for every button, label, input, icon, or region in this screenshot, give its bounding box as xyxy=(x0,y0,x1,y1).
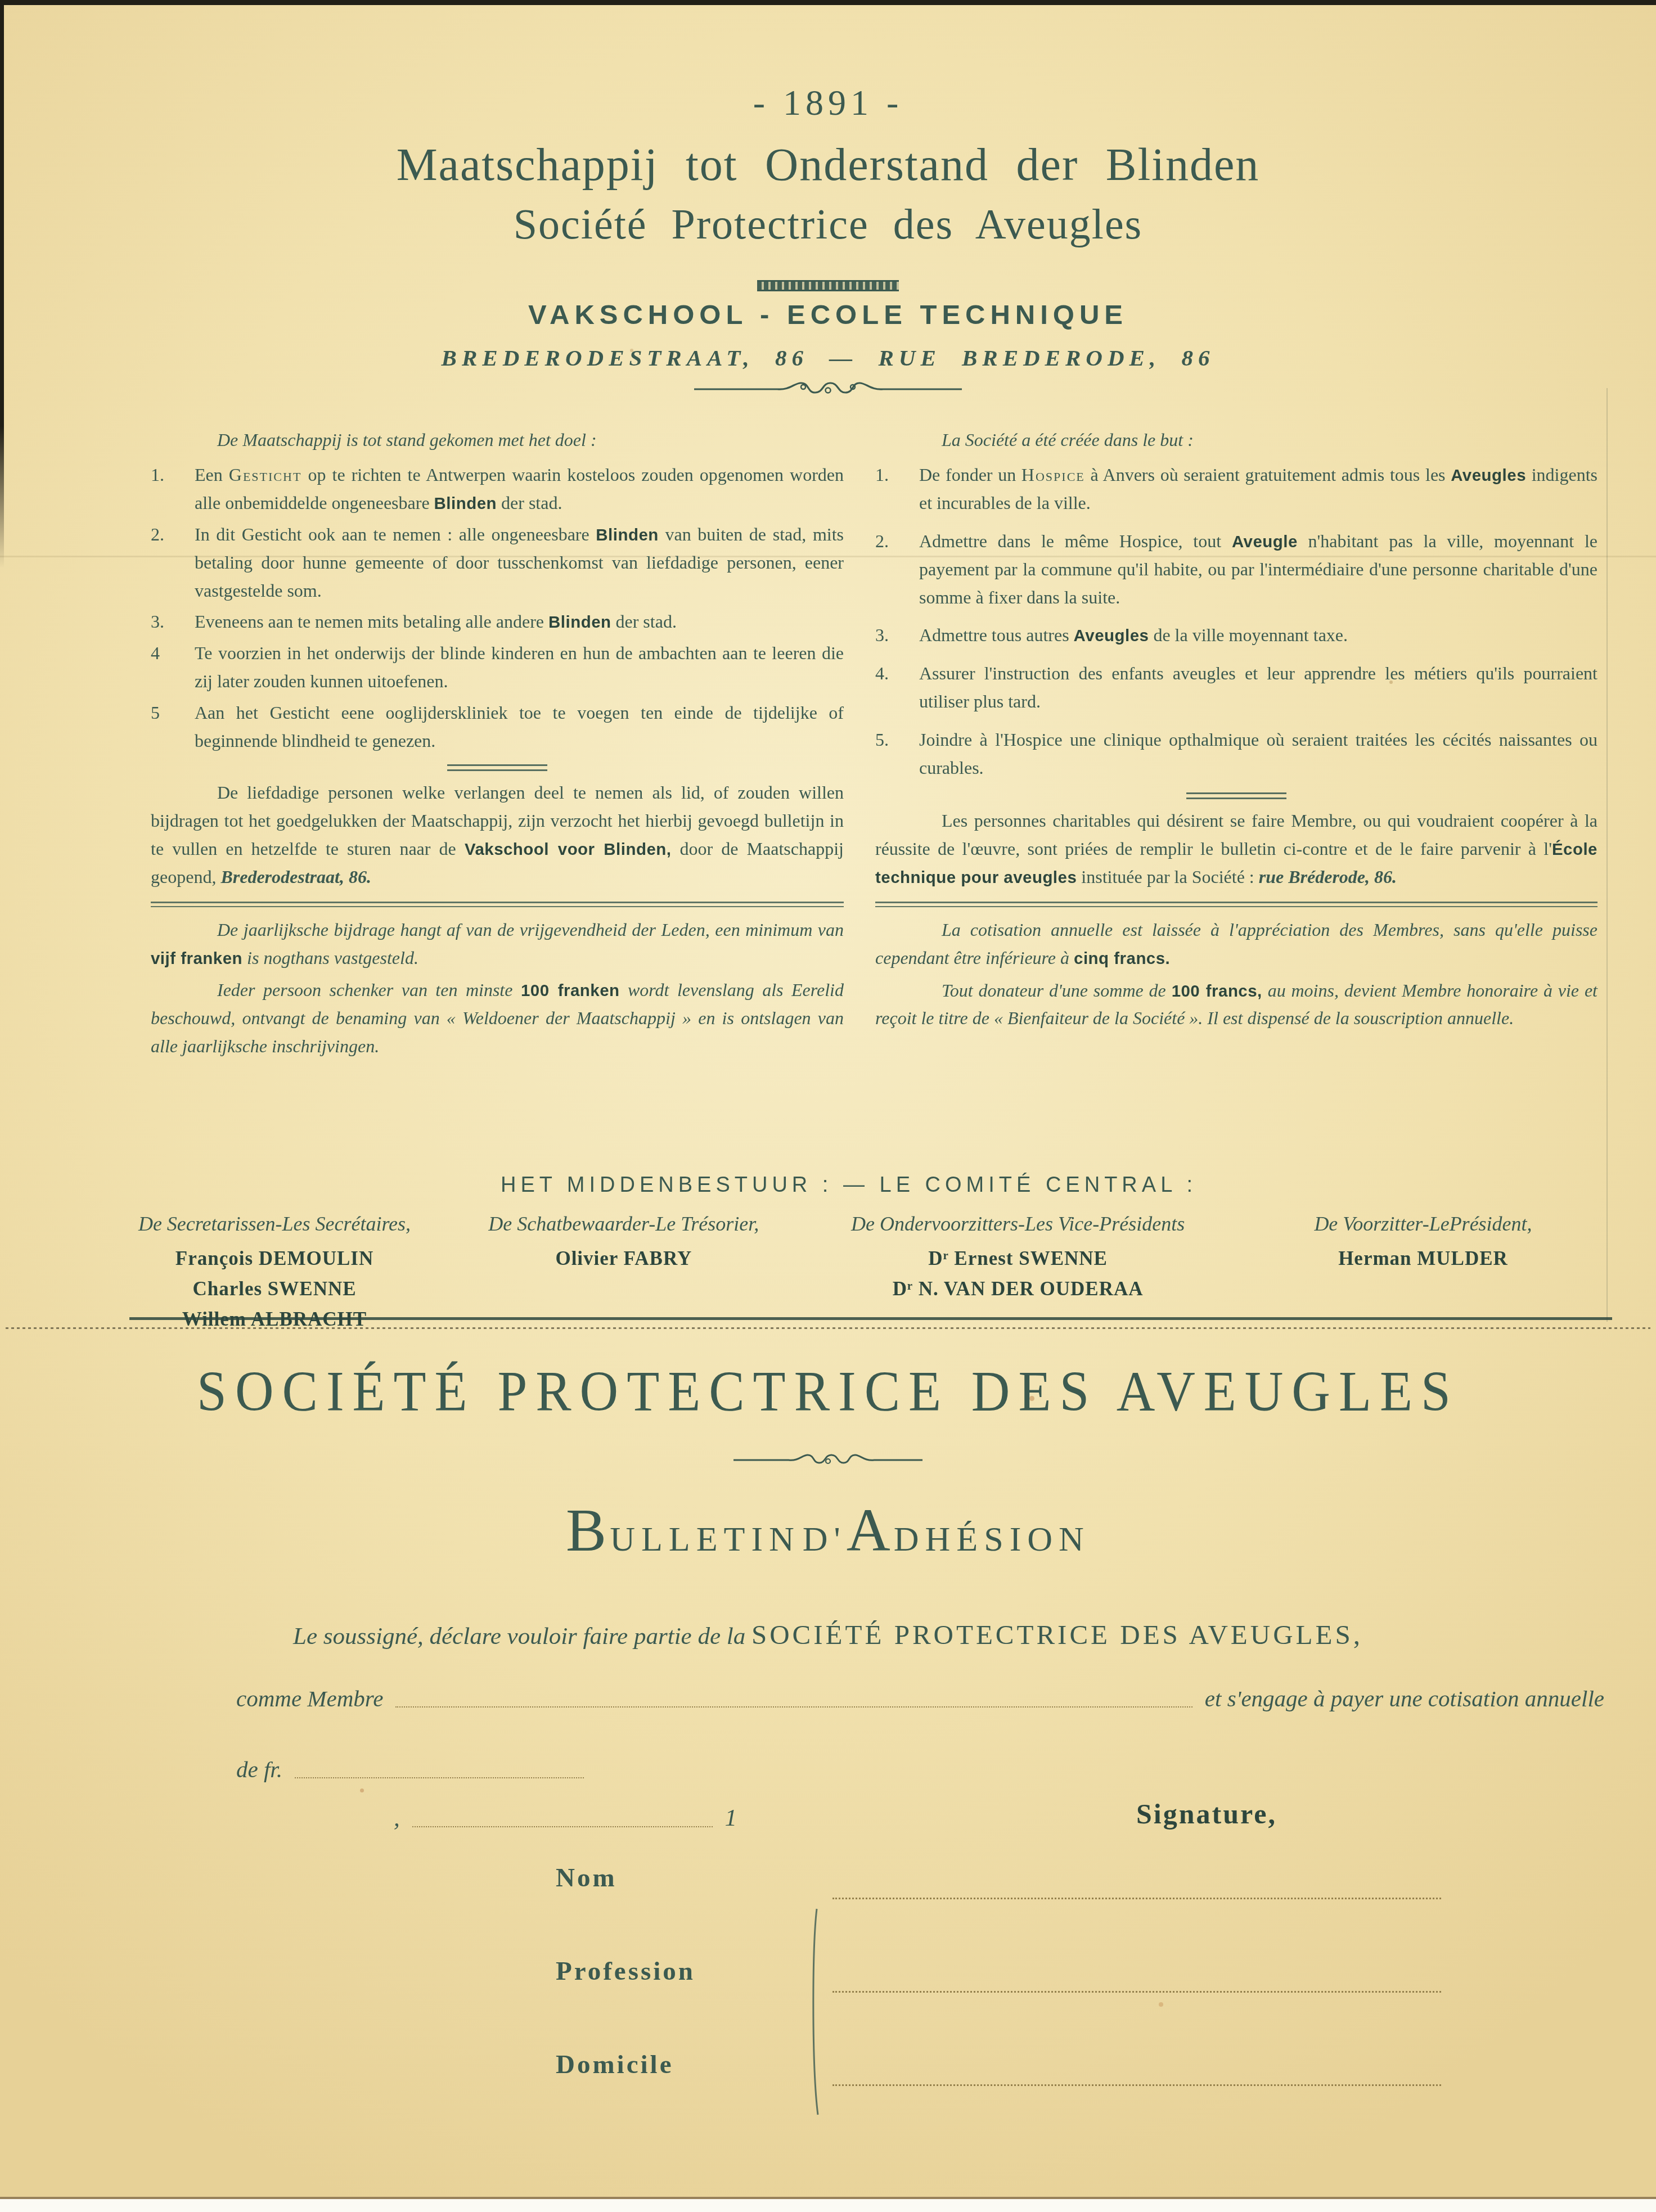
field-label-domicile: Domicile xyxy=(556,2049,674,2080)
committee-role: De Ondervoorzitters-Les Vice-Présidents xyxy=(827,1212,1209,1236)
fee-label: de fr. xyxy=(236,1756,282,1783)
field-label-profession: Profession xyxy=(556,1956,695,1986)
column-rule xyxy=(151,902,844,907)
member-line: comme Membre et s'engage à payer une cot… xyxy=(236,1685,1604,1712)
committee-member-name: Dʳ Ernest SWENNE xyxy=(827,1244,1209,1274)
subtitle-initial-a: A xyxy=(847,1497,894,1564)
section-divider xyxy=(447,764,547,771)
date-line: , 1 xyxy=(394,1804,737,1832)
member-label: comme Membre xyxy=(236,1685,383,1712)
goal-text: Aan het Gesticht eene ooglijderskliniek … xyxy=(195,699,844,755)
signature-label: Signature, xyxy=(1136,1797,1277,1830)
goal-text: Te voorzien in het onderwijs der blinde … xyxy=(195,639,844,696)
fee-paragraph-dutch: De jaarlijksche bijdrage hangt af van de… xyxy=(151,916,844,972)
goals-column-french: La Société a été créée dans le but : 1. … xyxy=(875,426,1597,1037)
paper-speck xyxy=(360,1788,364,1792)
declaration-society-name: SOCIÉTÉ PROTECTRICE DES AVEUGLES, xyxy=(751,1619,1363,1650)
year-heading: - 1891 - xyxy=(0,82,1656,124)
goals-intro-dutch: De Maatschappij is tot stand gekomen met… xyxy=(151,426,844,454)
tear-off-perforation xyxy=(6,1327,1650,1329)
goal-item-fr-4: 4. Assurer l'instruction des enfants ave… xyxy=(875,660,1597,716)
committee-member-name: Charles SWENNE xyxy=(128,1274,421,1304)
scanned-document-page: - 1891 - Maatschappij tot Onderstand der… xyxy=(0,0,1656,2212)
subtitle-text: D' xyxy=(803,1520,847,1558)
goal-number: 1. xyxy=(151,461,195,517)
member-write-in-line xyxy=(395,1706,1192,1708)
subtitle-text: ULLETIN xyxy=(610,1520,800,1558)
goal-item-fr-3: 3. Admettre tous autres Aveugles de la v… xyxy=(875,621,1597,650)
society-title-dutch: Maatschappij tot Onderstand der Blinden xyxy=(0,138,1656,191)
paper-speck xyxy=(1159,2002,1163,2007)
tear-off-rule xyxy=(129,1317,1612,1320)
goal-text: Admettre dans le même Hospice, tout Aveu… xyxy=(919,528,1597,612)
committee-heading-separator: — xyxy=(843,1173,869,1197)
goal-item-fr-2: 2. Admettre dans le même Hospice, tout A… xyxy=(875,528,1597,612)
goal-number: 3. xyxy=(875,621,919,650)
committee-role: De Secretarissen-Les Secrétaires, xyxy=(128,1212,421,1236)
committee-group-treasurer: De Schatbewaarder-Le Trésorier, Olivier … xyxy=(488,1212,759,1335)
fee-line: de fr. xyxy=(236,1756,596,1783)
goal-text: Eveneens aan te nemen mits betaling alle… xyxy=(195,608,844,636)
goal-number: 3. xyxy=(151,608,195,636)
committee-heading: HET MIDDENBESTUUR : — LE COMITÉ CENTRAL … xyxy=(128,1173,1569,1197)
fee-write-in-line xyxy=(295,1777,584,1778)
bulletin-society-title: SOCIÉTÉ PROTECTRICE DES AVEUGLES xyxy=(0,1358,1656,1425)
committee-columns: De Secretarissen-Les Secrétaires, Franço… xyxy=(128,1212,1569,1335)
scan-bottom-edge xyxy=(0,2197,1656,2212)
goal-item-nl-4: 4 Te voorzien in het onderwijs der blind… xyxy=(151,639,844,696)
bulletin-subtitle: BULLETIN D'ADHÉSION xyxy=(0,1496,1656,1566)
goal-item-fr-5: 5. Joindre à l'Hospice une clinique opth… xyxy=(875,726,1597,782)
society-title-french: Société Protectrice des Aveugles xyxy=(0,200,1656,249)
goal-item-nl-3: 3. Eveneens aan te nemen mits betaling a… xyxy=(151,608,844,636)
membership-paragraph-french: Les personnes charitables qui désirent s… xyxy=(875,807,1597,891)
subtitle-text: DHÉSION xyxy=(894,1520,1090,1558)
member-right-text: et s'engage à payer une cotisation annue… xyxy=(1205,1685,1604,1712)
declaration-italic-text: Le soussigné, déclare vouloir faire part… xyxy=(293,1623,751,1650)
committee-member-name: François DEMOULIN xyxy=(128,1244,421,1274)
goal-number: 2. xyxy=(875,528,919,612)
goal-number: 2. xyxy=(151,521,195,605)
goals-column-dutch: De Maatschappij is tot stand gekomen met… xyxy=(151,426,844,1065)
committee-section: HET MIDDENBESTUUR : — LE COMITÉ CENTRAL … xyxy=(128,1173,1569,1335)
committee-member-name: Dʳ N. VAN DER OUDERAA xyxy=(827,1274,1209,1304)
declaration-line: Le soussigné, déclare vouloir faire part… xyxy=(0,1619,1656,1651)
committee-group-vice-presidents: De Ondervoorzitters-Les Vice-Présidents … xyxy=(827,1212,1209,1335)
goals-intro-french: La Société a été créée dans le but : xyxy=(875,426,1597,454)
column-rule xyxy=(875,902,1597,907)
scan-top-edge xyxy=(0,0,1656,5)
committee-group-secretaries: De Secretarissen-Les Secrétaires, Franço… xyxy=(128,1212,421,1335)
committee-role: De Schatbewaarder-Le Trésorier, xyxy=(488,1212,759,1236)
nom-write-in-line xyxy=(832,1896,1441,1899)
goal-item-nl-2: 2. In dit Gesticht ook aan te nemen : al… xyxy=(151,521,844,605)
committee-member-name: Herman MULDER xyxy=(1277,1244,1569,1274)
header-rule-ornament xyxy=(757,280,899,291)
paper-fold-line xyxy=(1606,388,1608,1322)
donor-paragraph-dutch: Ieder persoon schenker van ten minste 10… xyxy=(151,976,844,1061)
field-label-nom: Nom xyxy=(556,1863,617,1893)
date-write-in-line xyxy=(412,1826,713,1827)
school-name-line: VAKSCHOOL - ECOLE TECHNIQUE xyxy=(0,299,1656,331)
donor-paragraph-french: Tout donateur d'une somme de 100 francs,… xyxy=(875,977,1597,1033)
flourish-ornament xyxy=(693,378,963,401)
committee-group-president: De Voorzitter-LePrésident, Herman MULDER xyxy=(1277,1212,1569,1335)
goal-item-fr-1: 1. De fonder un Hospice à Anvers où sera… xyxy=(875,461,1597,517)
profession-write-in-line xyxy=(832,1990,1441,1993)
goal-text: In dit Gesticht ook aan te nemen : alle … xyxy=(195,521,844,605)
committee-heading-dutch: HET MIDDENBESTUUR : xyxy=(501,1173,832,1197)
goal-text: Admettre tous autres Aveugles de la vill… xyxy=(919,621,1597,650)
committee-heading-french: LE COMITÉ CENTRAL : xyxy=(880,1173,1197,1197)
goal-number: 5. xyxy=(875,726,919,782)
subtitle-initial-b: B xyxy=(566,1497,610,1564)
street-address-line: BREDERODESTRAAT, 86 — RUE BREDERODE, 86 xyxy=(0,344,1656,371)
date-comma: , xyxy=(394,1804,400,1832)
fee-paragraph-french: La cotisation annuelle est laissée à l'a… xyxy=(875,916,1597,972)
goal-item-nl-1: 1. Een Gesticht op te richten te Antwerp… xyxy=(151,461,844,517)
committee-role: De Voorzitter-LePrésident, xyxy=(1277,1212,1569,1236)
goal-text: Een Gesticht op te richten te Antwerpen … xyxy=(195,461,844,517)
goal-text: Assurer l'instruction des enfants aveugl… xyxy=(919,660,1597,716)
goal-text: Joindre à l'Hospice une clinique opthalm… xyxy=(919,726,1597,782)
committee-member-name: Olivier FABRY xyxy=(488,1244,759,1274)
date-year-digit: 1 xyxy=(725,1804,737,1832)
section-divider xyxy=(1186,792,1286,799)
goal-number: 4 xyxy=(151,639,195,696)
fields-brace xyxy=(809,1908,822,2119)
membership-paragraph-dutch: De liefdadige personen welke verlangen d… xyxy=(151,779,844,891)
goal-text: De fonder un Hospice à Anvers où seraien… xyxy=(919,461,1597,517)
goal-number: 5 xyxy=(151,699,195,755)
domicile-write-in-line xyxy=(832,2083,1441,2086)
goal-number: 4. xyxy=(875,660,919,716)
goal-number: 1. xyxy=(875,461,919,517)
goal-item-nl-5: 5 Aan het Gesticht eene ooglijdersklinie… xyxy=(151,699,844,755)
bulletin-flourish-ornament xyxy=(732,1451,924,1471)
